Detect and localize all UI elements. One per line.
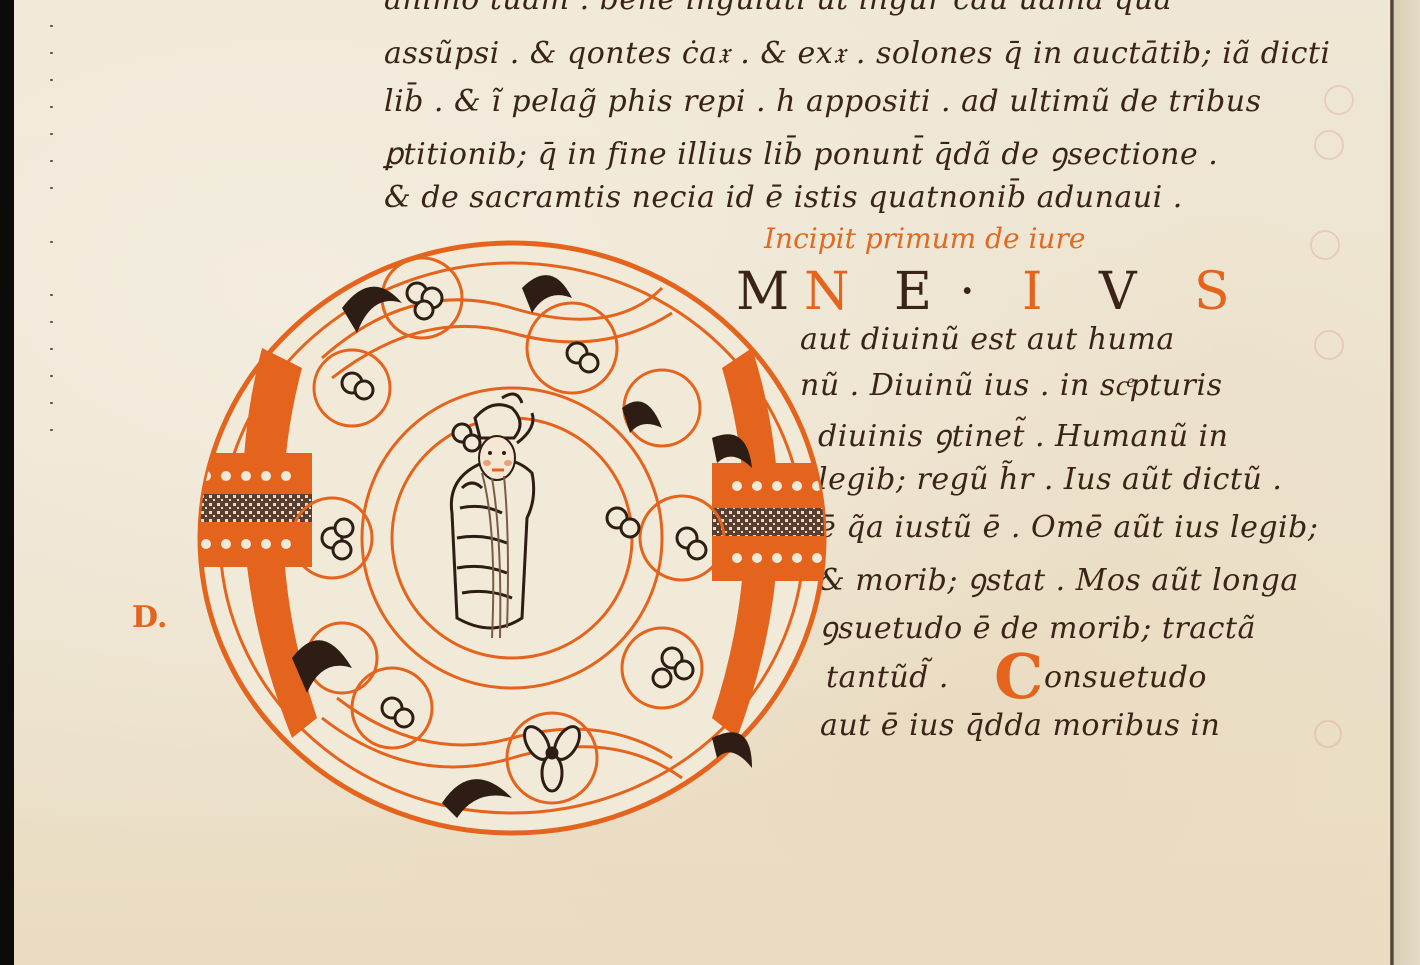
capital-letter: E	[894, 262, 942, 322]
show-through-mark	[1314, 130, 1344, 160]
text-line: assũpsi . & qontes ċa𝔵 . & ex𝔵 . solones…	[384, 36, 1331, 71]
marginal-note: D.	[132, 600, 167, 635]
text-line: lib̄ . & ĩ pelag̃ phis repi . h appositi…	[384, 84, 1261, 119]
historiated-initial-o	[192, 238, 832, 838]
text-line: ꝑtitionib; q̄ in fine illius lib̄ ponunt…	[384, 132, 1218, 173]
show-through-mark	[1310, 230, 1340, 260]
show-through-mark	[1314, 720, 1342, 748]
text-line: animo tuam . bene ingulati ut ingur cau …	[384, 0, 1172, 17]
adjacent-leaf-edge	[1394, 0, 1420, 965]
text-line: & morib; ꝯstat . Mos aũt longa	[818, 558, 1299, 599]
text-line: legib; regũ h̃r . Ius aũt dictũ .	[818, 462, 1282, 497]
show-through-mark	[1314, 330, 1344, 360]
capital-letter: I	[1022, 262, 1053, 322]
text-line: aut diuinũ est aut huma	[800, 322, 1175, 357]
manuscript-page: animo tuam . bene ingulati ut ingur cau …	[14, 0, 1394, 965]
capital-letter: V	[1099, 262, 1147, 322]
text-line: tantũd̃ .	[826, 660, 949, 695]
text-line: & de sacramtis necia id ē istis quatnoni…	[384, 180, 1183, 215]
text-line: onsuetudo	[1044, 660, 1207, 695]
text-line: aut ē ius q̄dda moribus in	[820, 708, 1220, 743]
text-line: ē q̃a iustũ ē . Omē aũt ius legib;	[818, 510, 1318, 545]
capital-separator: ·	[959, 262, 986, 322]
show-through-mark	[1324, 85, 1354, 115]
capital-letter: S	[1194, 262, 1240, 322]
rubricated-initial: C	[994, 640, 1043, 713]
text-line: diuinis ꝯtinet̃ . Humanũ in	[818, 414, 1228, 455]
binding-shadow	[0, 0, 14, 965]
pricking-marks	[50, 20, 60, 440]
text-line: nũ . Diuinũ ius . in scͤpturis	[800, 368, 1223, 403]
